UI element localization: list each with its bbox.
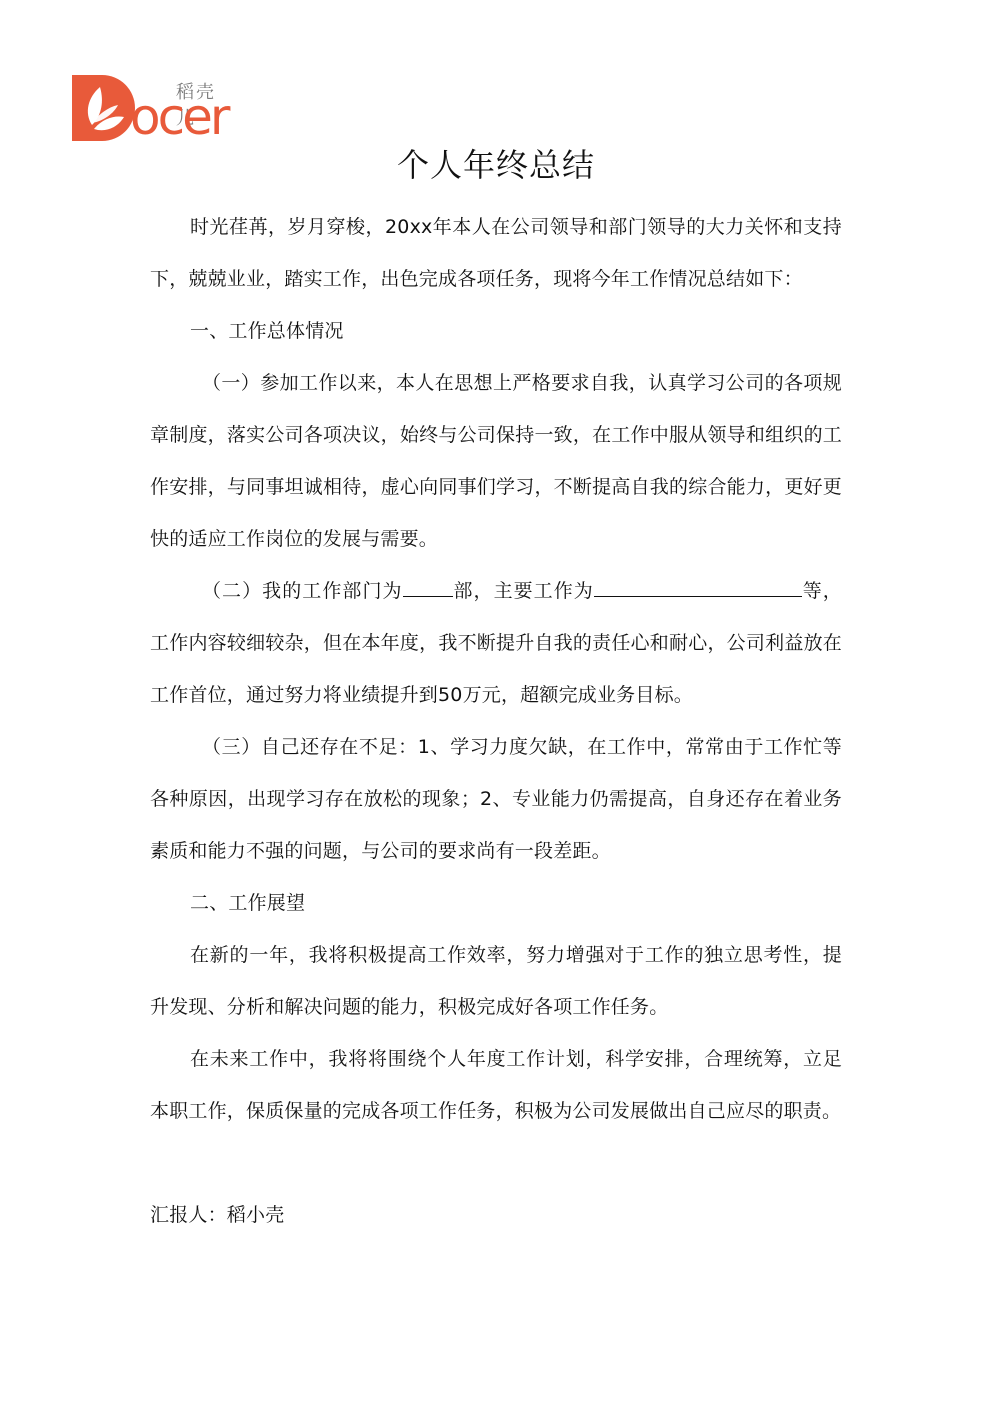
department-blank [403, 576, 453, 597]
section1-item3: （三）自己还存在不足：1、学习力度欠缺，在工作中，常常由于工作忙等各种原因，出现… [150, 721, 842, 877]
item2-text-part1: （二）我的工作部门为 [202, 580, 403, 602]
docer-logo: 稻壳儿 ocer [72, 75, 232, 141]
section1-item2: （二）我的工作部门为部，主要工作为等，工作内容较细较杂，但在本年度，我不断提升自… [150, 565, 842, 721]
section1-heading: 一、工作总体情况 [150, 305, 842, 357]
signature: 汇报人：稻小壳 [150, 1189, 842, 1241]
document-body: 时光荏苒，岁月穿梭，20xx年本人在公司领导和部门领导的大力关怀和支持下，兢兢业… [150, 201, 842, 1241]
logo-brand-word: ocer [130, 87, 227, 147]
section2-paragraph1: 在新的一年，我将积极提高工作效率，努力增强对于工作的独立思考性，提升发现、分析和… [150, 929, 842, 1033]
section2-paragraph2: 在未来工作中，我将将围绕个人年度工作计划，科学安排，合理统筹，立足本职工作，保质… [150, 1033, 842, 1137]
main-work-blank [594, 576, 802, 597]
item2-text-part2: 部，主要工作为 [453, 580, 594, 602]
section1-item1: （一）参加工作以来，本人在思想上严格要求自我，认真学习公司的各项规章制度，落实公… [150, 357, 842, 565]
intro-paragraph: 时光荏苒，岁月穿梭，20xx年本人在公司领导和部门领导的大力关怀和支持下，兢兢业… [150, 201, 842, 305]
section2-heading: 二、工作展望 [150, 877, 842, 929]
leaf-icon [72, 75, 138, 141]
document-title: 个人年终总结 [0, 140, 992, 186]
